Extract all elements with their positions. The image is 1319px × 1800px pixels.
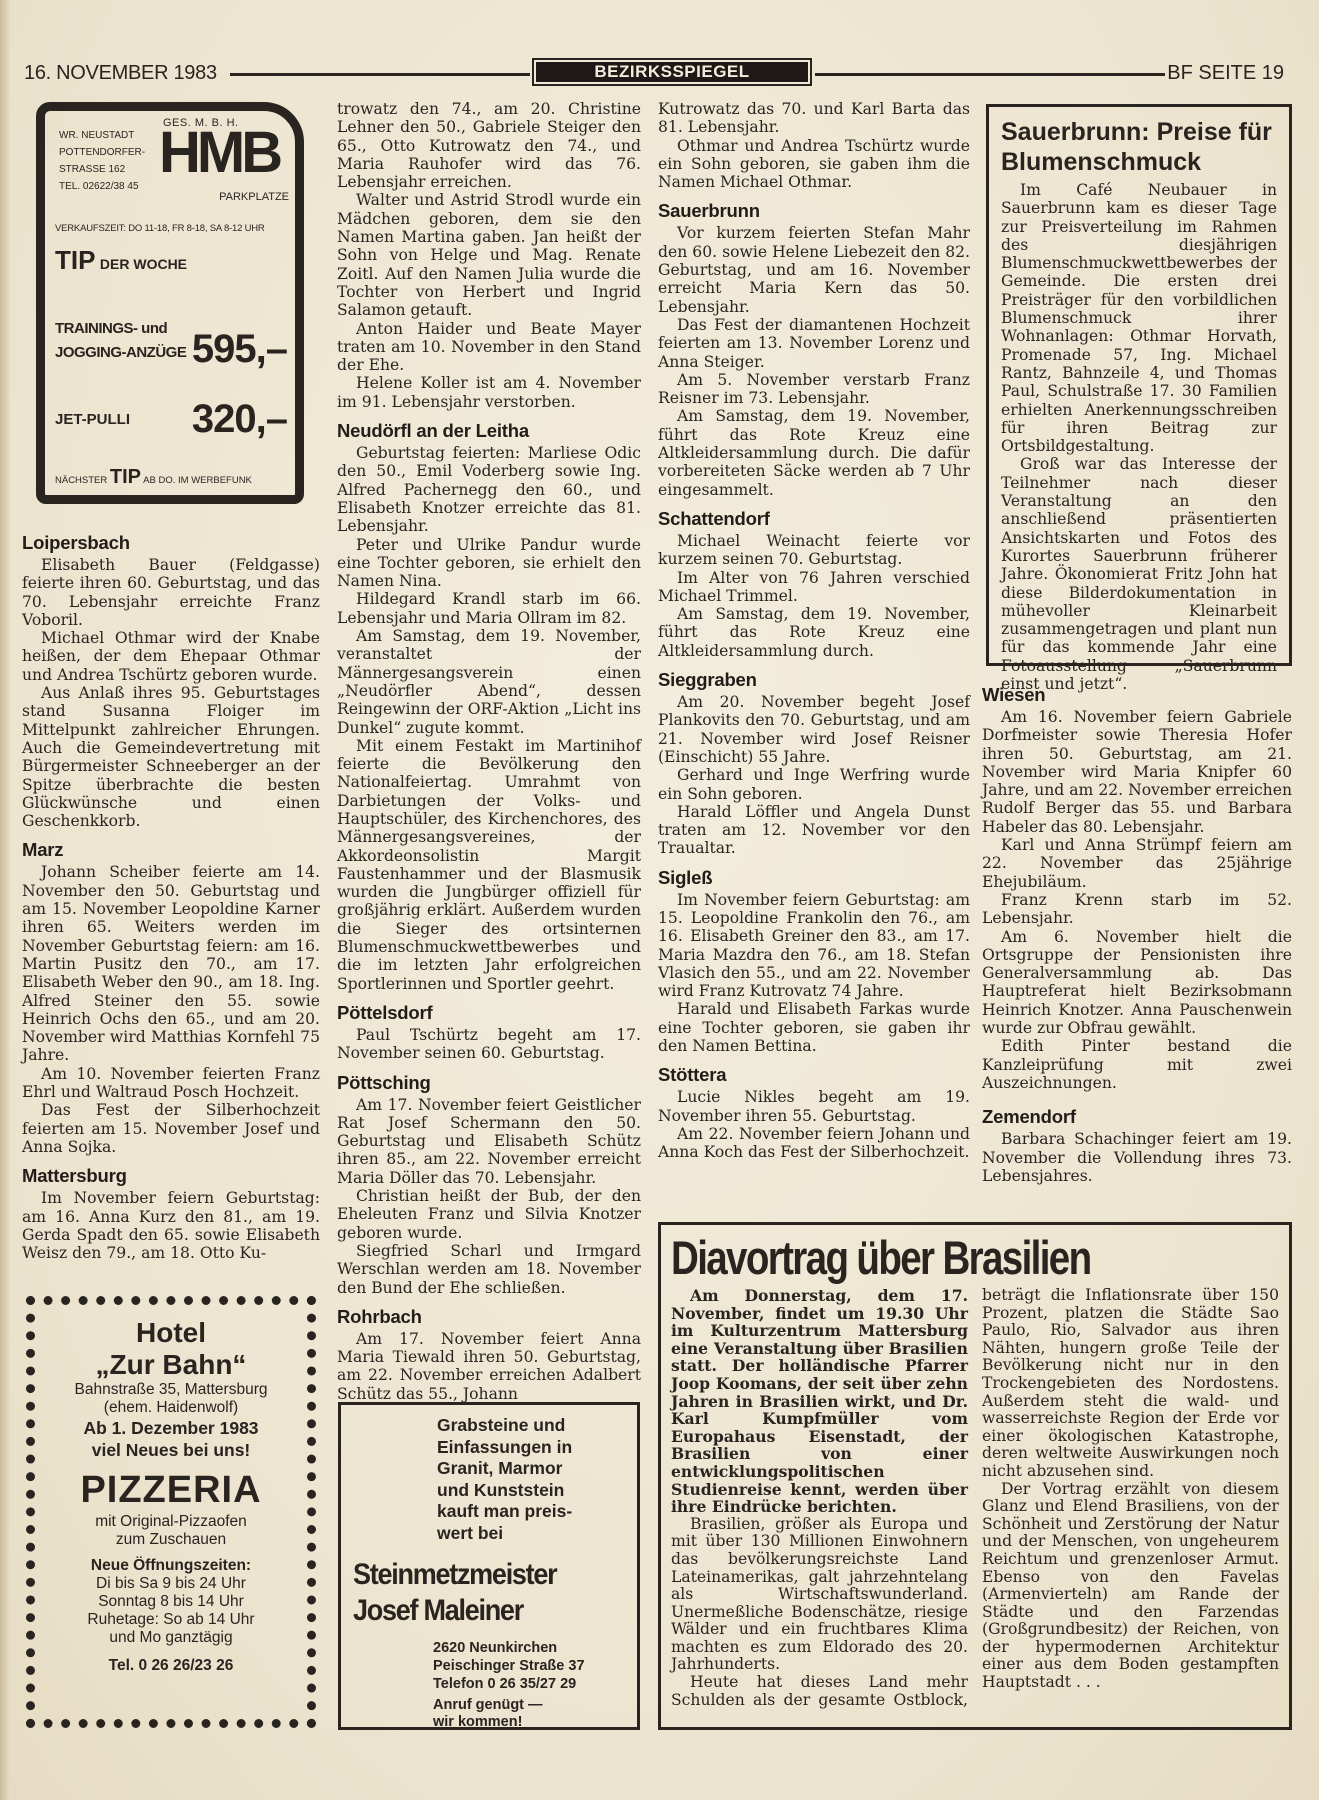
stein-title: Steinmetzmeister — [353, 1557, 556, 1593]
header-rule-right — [815, 73, 1165, 76]
heading-rohrbach: Rohrbach — [337, 1306, 641, 1328]
paragraph: Am 17. November feiert Geistlicher Rat J… — [337, 1096, 641, 1187]
column-3: Kutrowatz das 70. und Karl Barta das 81.… — [658, 100, 970, 1162]
tip-sublabel: DER WOCHE — [100, 256, 187, 272]
paragraph: Anton Haider und Beate Mayer traten am 1… — [337, 320, 641, 375]
hours-line: Ruhetage: So ab 14 Uhr — [35, 1611, 307, 1629]
stein-intro-line: Grabsteine und — [437, 1415, 572, 1437]
hmb-logo: HMB — [159, 125, 279, 181]
paragraph: Christian heißt der Bub, der den Eheleut… — [337, 1187, 641, 1242]
paragraph: Am Samstag, dem 19. November, führt das … — [658, 407, 970, 498]
hours-title: Neue Öffnungszeiten: — [35, 1557, 307, 1575]
item-name: JOGGING-ANZÜGE — [55, 341, 186, 365]
paragraph: Am 10. November feierten Franz Ehrl und … — [22, 1065, 320, 1102]
hmb-parking: PARKPLATZE — [219, 191, 289, 203]
paragraph: Im November feiern Geburtstag: am 15. Le… — [658, 891, 970, 1001]
heading-poettsching: Pöttsching — [337, 1072, 641, 1094]
stein-call-line: Anruf genügt — — [433, 1697, 543, 1714]
hours-line: Di bis Sa 9 bis 24 Uhr — [35, 1575, 307, 1593]
hotel-name: „Zur Bahn“ — [35, 1349, 307, 1381]
tip-label: TIP — [55, 245, 95, 275]
paragraph: Der Vortrag erzählt von diesem Glanz und… — [982, 1481, 1279, 1692]
paragraph: Siegfried Scharl und Irmgard Werschlan w… — [337, 1242, 641, 1297]
hmb-price-1: 595,– — [192, 327, 287, 372]
paragraph: Mit einem Festakt im Martinihof feierte … — [337, 737, 641, 993]
stein-call-to-action: Anruf genügt — wir kommen! — [433, 1697, 543, 1731]
paragraph: Johann Scheiber feierte am 14. November … — [22, 863, 320, 1064]
stein-intro-line: Granit, Marmor — [437, 1458, 572, 1480]
paragraph: Aus Anlaß ihres 95. Geburtstages stand S… — [22, 684, 320, 830]
hotel-zur-bahn-advertisement: Hotel „Zur Bahn“ Bahnstraße 35, Mattersb… — [26, 1296, 316, 1728]
item-name: TRAININGS- und — [55, 317, 186, 341]
lead-paragraph: Am Donnerstag, dem 17. November, findet … — [671, 1287, 968, 1516]
paragraph: trowatz den 74., am 20. Christine Lehner… — [337, 100, 641, 191]
hmb-address-line: POTTENDORFER- — [59, 144, 145, 161]
diavortrag-headline: Diavortrag über Brasilien — [671, 1229, 1170, 1287]
pizzeria-title: PIZZERIA — [35, 1467, 307, 1513]
sauerbrunn-article-headline: Sauerbrunn: Preise für Blumenschmuck — [1001, 117, 1277, 177]
page-number: BF SEITE 19 — [1167, 62, 1284, 85]
hotel-announcement: Ab 1. Dezember 1983 — [35, 1417, 307, 1439]
paragraph: Lucie Nikles begeht am 19. November ihre… — [658, 1088, 970, 1125]
hmb-advertisement: WR. NEUSTADT POTTENDORFER- STRASSE 162 T… — [36, 102, 304, 504]
heading-sauerbrunn: Sauerbrunn — [658, 200, 970, 222]
stein-intro-line: kauft man preis- — [437, 1501, 572, 1523]
next-tip: TIP — [110, 466, 141, 488]
issue-date: 16. NOVEMBER 1983 — [24, 62, 217, 85]
paragraph: Paul Tschürtz begeht am 17. November sei… — [337, 1026, 641, 1063]
heading-wiesen: Wiesen — [982, 684, 1292, 706]
heading-sieggraben: Sieggraben — [658, 669, 970, 691]
hmb-next-tip: NÄCHSTER TIP AB DO. IM WERBEFUNK — [55, 466, 252, 489]
paragraph: Am 20. November begeht Josef Plankovits … — [658, 693, 970, 766]
paragraph: Im Alter von 76 Jahren verschied Michael… — [658, 569, 970, 606]
hmb-tip-heading: TIP DER WOCHE — [55, 245, 187, 276]
paragraph: Am 22. November feiern Johann und Anna K… — [658, 1125, 970, 1162]
diavortrag-article-box: Diavortrag über Brasilien Am Donnerstag,… — [658, 1222, 1292, 1730]
paragraph: Das Fest der diamantenen Hochzeit feiert… — [658, 316, 970, 371]
stein-business-name: Steinmetzmeister Josef Maleiner — [353, 1557, 556, 1629]
stein-address: 2620 Neunkirchen Peischinger Straße 37 T… — [433, 1639, 585, 1693]
paragraph: Kutrowatz das 70. und Karl Barta das 81.… — [658, 100, 970, 137]
paragraph: Harald Löffler und Angela Dunst traten a… — [658, 803, 970, 858]
paragraph: Am 6. November hielt die Ortsgruppe der … — [982, 928, 1292, 1038]
heading-neudoerfl: Neudörfl an der Leitha — [337, 420, 641, 442]
column-4: Wiesen Am 16. November feiern Gabriele D… — [982, 684, 1292, 1185]
paragraph: Groß war das Interesse der Teilnehmer na… — [1001, 455, 1277, 693]
paragraph: Am Samstag, dem 19. November, veranstalt… — [337, 627, 641, 737]
heading-poettelsdorf: Pöttelsdorf — [337, 1002, 641, 1024]
paragraph: Edith Pinter bestand die Kanzleiprüfung … — [982, 1037, 1292, 1092]
paragraph: Hildegard Krandl starb im 66. Lebensjahr… — [337, 590, 641, 627]
stein-intro-line: und Kunststein — [437, 1480, 572, 1502]
hmb-item-2: JET-PULLI — [55, 411, 130, 428]
stein-intro: Grabsteine und Einfassungen in Granit, M… — [437, 1415, 572, 1544]
hmb-address-line: STRASSE 162 — [59, 161, 145, 178]
newspaper-page: 16. NOVEMBER 1983 BEZIRKSSPIEGEL BF SEIT… — [0, 0, 1319, 1800]
paragraph: Michael Weinacht feierte vor kurzem sein… — [658, 532, 970, 569]
section-title: BEZIRKSSPIEGEL — [536, 62, 808, 82]
paragraph: Am Samstag, dem 19. November, führt das … — [658, 605, 970, 660]
hotel-title: Hotel — [35, 1317, 307, 1349]
paragraph: Helene Koller ist am 4. November im 91. … — [337, 374, 641, 411]
hmb-item-1: TRAININGS- undJOGGING-ANZÜGE — [55, 317, 186, 365]
paragraph: Harald und Elisabeth Farkas wurde eine T… — [658, 1000, 970, 1055]
paragraph: Am 5. November verstarb Franz Reisner im… — [658, 371, 970, 408]
diavortrag-body: Am Donnerstag, dem 17. November, findet … — [671, 1287, 1279, 1712]
heading-zemendorf: Zemendorf — [982, 1106, 1292, 1128]
stein-address-line: 2620 Neunkirchen — [433, 1639, 585, 1657]
paragraph: Am 17. November feiert Anna Maria Tiewal… — [337, 1330, 641, 1403]
paragraph: Vor kurzem feierten Stefan Mahr den 60. … — [658, 224, 970, 315]
hmb-address-line: WR. NEUSTADT — [59, 127, 145, 144]
next-pre: NÄCHSTER — [55, 475, 107, 486]
hmb-phone: TEL. 02622/38 45 — [59, 178, 145, 195]
page-binding-edge — [0, 0, 10, 1800]
paragraph: Im Café Neubauer in Sauerbrunn kam es di… — [1001, 181, 1277, 455]
paragraph: Gerhard und Inge Werfring wurde ein Sohn… — [658, 766, 970, 803]
paragraph: Geburtstag feierten: Marliese Odic den 5… — [337, 444, 641, 535]
heading-stoettera: Stöttera — [658, 1064, 970, 1086]
paragraph: Walter und Astrid Strodl wurde ein Mädch… — [337, 191, 641, 319]
next-post: AB DO. IM WERBEFUNK — [143, 475, 252, 486]
paragraph: Othmar und Andrea Tschürtz wurde ein Soh… — [658, 137, 970, 192]
hours-line: und Mo ganztägig — [35, 1629, 307, 1647]
hotel-address: Bahnstraße 35, Mattersburg — [35, 1381, 307, 1399]
heading-schattendorf: Schattendorf — [658, 508, 970, 530]
heading-marz: Marz — [22, 839, 320, 861]
sauerbrunn-article-box: Sauerbrunn: Preise für Blumenschmuck Im … — [986, 104, 1292, 666]
hotel-phone: Tel. 0 26 26/23 26 — [35, 1657, 307, 1675]
column-1: Loipersbach Elisabeth Bauer (Feldgasse) … — [22, 532, 320, 1262]
heading-loipersbach: Loipersbach — [22, 532, 320, 554]
hmb-price-2: 320,– — [192, 397, 287, 442]
stein-intro-line: Einfassungen in — [437, 1437, 572, 1459]
paragraph: Elisabeth Bauer (Feldgasse) feierte ihre… — [22, 556, 320, 629]
paragraph: Am 16. November feiern Gabriele Dorfmeis… — [982, 708, 1292, 836]
stein-owner: Josef Maleiner — [353, 1593, 556, 1629]
steinmetz-advertisement: Grabsteine und Einfassungen in Granit, M… — [338, 1402, 640, 1730]
pizzeria-oven: zum Zuschauen — [35, 1531, 307, 1549]
paragraph: Brasilien, größer als Europa und mit übe… — [671, 1516, 968, 1674]
hmb-hours: VERKAUFSZEIT: DO 11-18, FR 8-18, SA 8-12… — [55, 223, 265, 234]
paragraph: Barbara Schachinger feiert am 19. Novemb… — [982, 1130, 1292, 1185]
hotel-announcement: viel Neues bei uns! — [35, 1439, 307, 1461]
paragraph: Das Fest der Silberhochzeit feierten am … — [22, 1101, 320, 1156]
heading-sigless: Sigleß — [658, 867, 970, 889]
column-2: trowatz den 74., am 20. Christine Lehner… — [337, 100, 641, 1403]
paragraph: Michael Othmar wird der Knabe heißen, de… — [22, 629, 320, 684]
header-rule-left — [230, 73, 530, 76]
paragraph: Im November feiern Geburtstag: am 16. An… — [22, 1189, 320, 1262]
hmb-address: WR. NEUSTADT POTTENDORFER- STRASSE 162 T… — [59, 127, 145, 195]
pizzeria-oven: mit Original-Pizzaofen — [35, 1513, 307, 1531]
page-header: 16. NOVEMBER 1983 BEZIRKSSPIEGEL BF SEIT… — [20, 58, 1284, 88]
paragraph: Franz Krenn starb im 52. Lebensjahr. — [982, 891, 1292, 928]
stein-call-line: wir kommen! — [433, 1714, 543, 1731]
stein-phone: Telefon 0 26 35/27 29 — [433, 1675, 585, 1693]
stein-intro-line: wert bei — [437, 1523, 572, 1545]
hotel-former-name: (ehem. Haidenwolf) — [35, 1399, 307, 1417]
section-banner: BEZIRKSSPIEGEL — [532, 58, 812, 86]
stein-address-line: Peischinger Straße 37 — [433, 1657, 585, 1675]
paragraph: Karl und Anna Strümpf feiern am 22. Nove… — [982, 836, 1292, 891]
hours-line: Sonntag 8 bis 14 Uhr — [35, 1593, 307, 1611]
heading-mattersburg: Mattersburg — [22, 1165, 320, 1187]
paragraph: Peter und Ulrike Pandur wurde eine Tocht… — [337, 536, 641, 591]
